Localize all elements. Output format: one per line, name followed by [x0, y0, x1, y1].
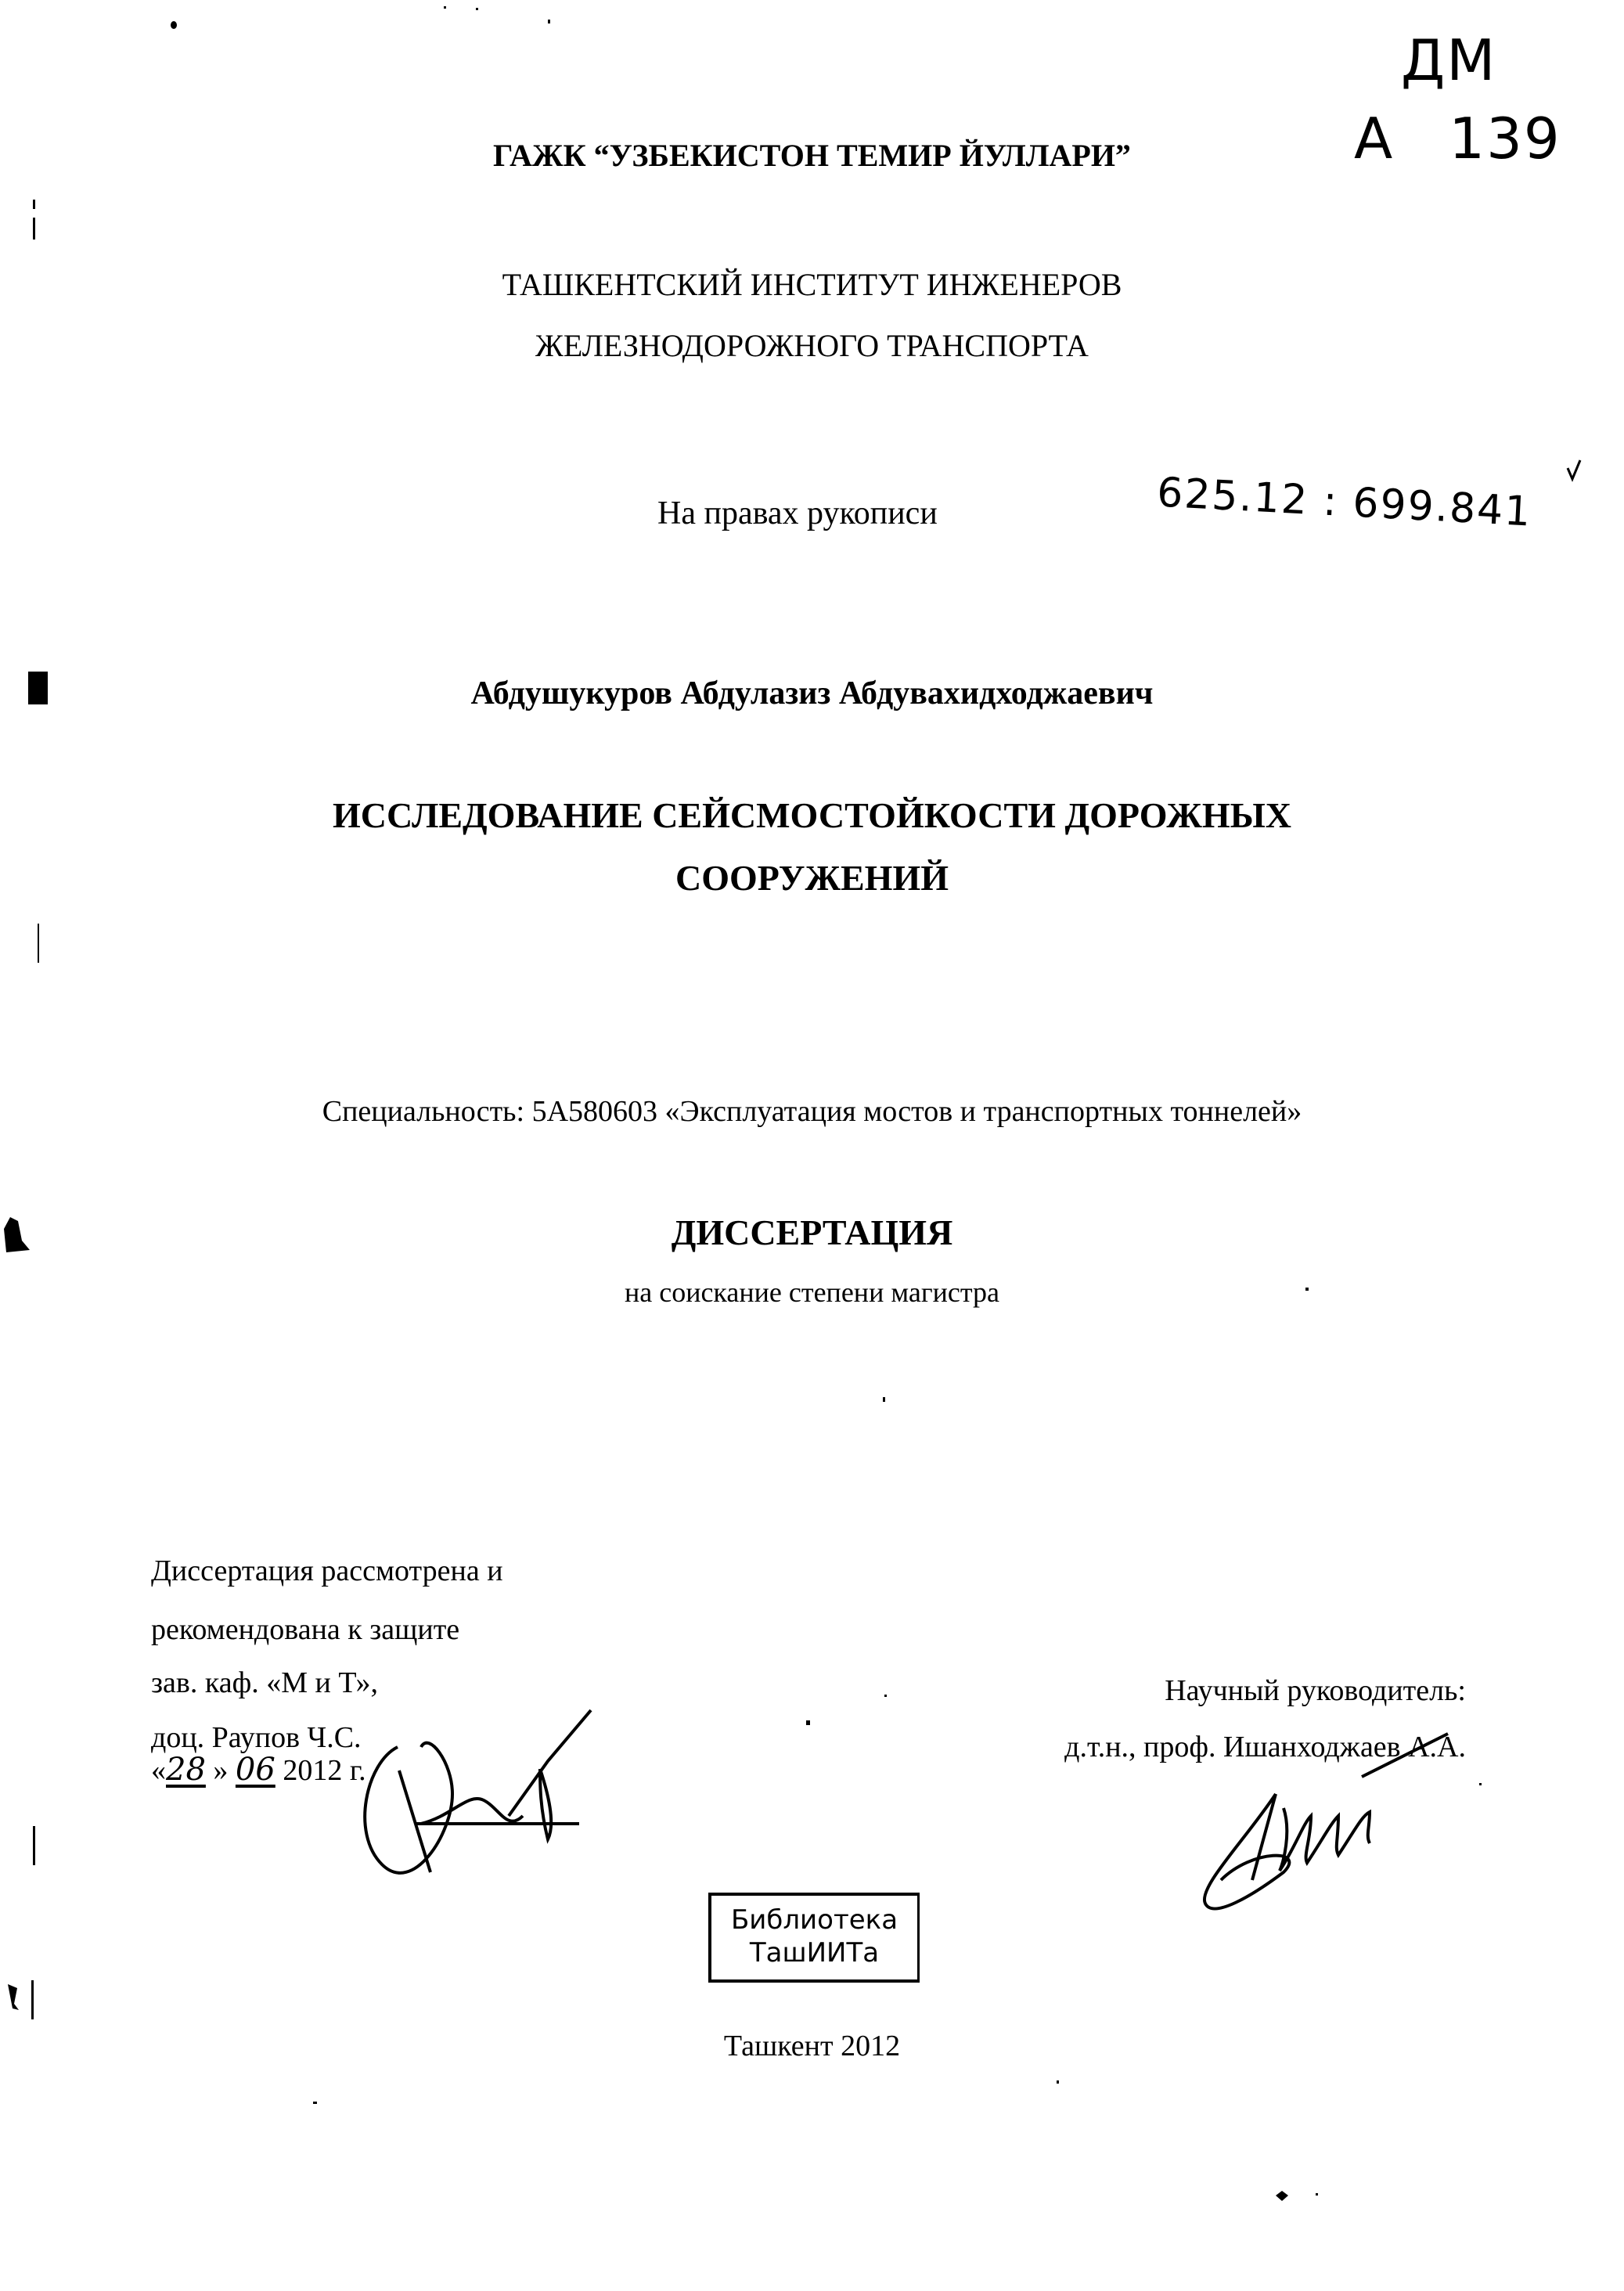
scan-specks — [4, 6, 1482, 2201]
signature-supervisor — [1204, 1734, 1448, 1908]
check-mark-icon — [1568, 460, 1580, 479]
scan-artifacts-and-signatures — [0, 0, 1624, 2291]
signature-head-of-department — [365, 1710, 591, 1873]
